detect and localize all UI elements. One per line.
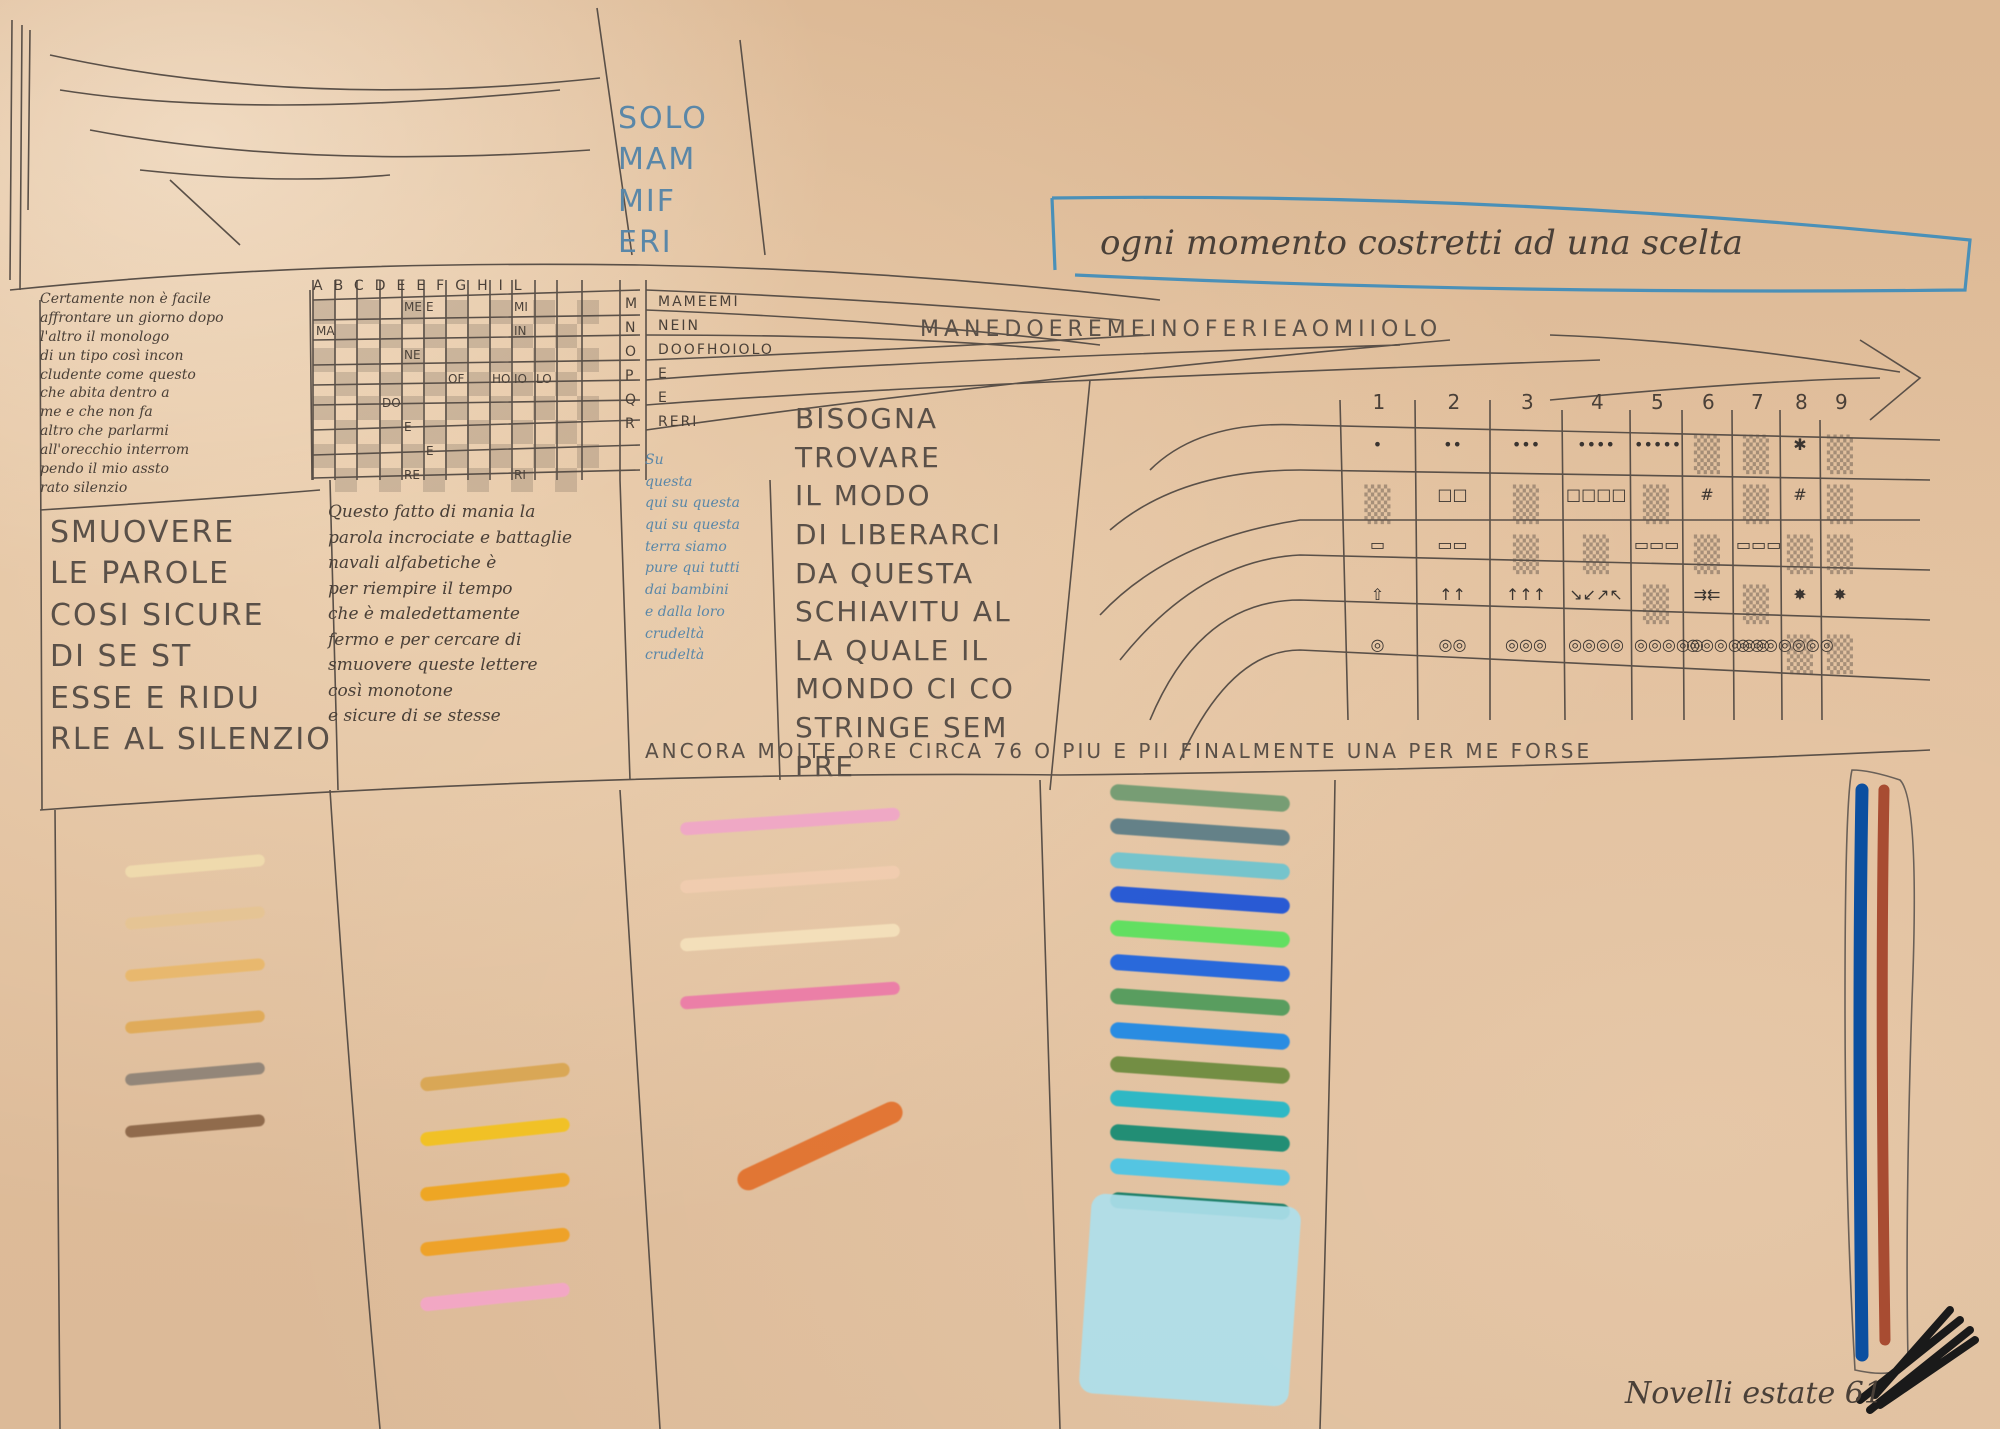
grid-shaded-cell [357, 444, 379, 468]
symbol-cell-squares: ▒ [1736, 485, 1776, 525]
grid-row-letter: Q [625, 392, 636, 408]
grid-shaded-cell [401, 396, 423, 420]
grid-shaded-cell [533, 444, 555, 468]
grid-row-word: E [658, 390, 669, 406]
grid-shaded-cell [511, 468, 533, 492]
grid-shaded-cell [445, 444, 467, 468]
symbol-cell-ovals: ◎◎◎ [1494, 635, 1558, 654]
smuovere-text: SMUOVERE LE PAROLE COSI SICURE DI SE ST … [50, 512, 332, 760]
symbol-cell-squares: ▒ [1494, 485, 1558, 525]
symbol-column-header: 5 [1651, 390, 1664, 414]
symbol-cell-ovals: ◎◎◎◎ [1566, 635, 1626, 654]
grid-shaded-cell [335, 420, 357, 444]
symbol-column-header: 4 [1591, 390, 1604, 414]
grid-shaded-cell [357, 348, 379, 372]
grid-row-word: NEIN [658, 318, 700, 334]
grid-shaded-cell [357, 396, 379, 420]
grid-shaded-cell [533, 300, 555, 324]
symbol-column-header: 1 [1373, 390, 1386, 414]
symbol-cell-bars: ▒ [1824, 535, 1856, 575]
symbol-cell-bars: ▒ [1686, 535, 1728, 575]
grid-row-letter: O [625, 344, 636, 360]
symbol-cell-dots: •• [1419, 435, 1486, 454]
symbol-column-header: 9 [1835, 390, 1848, 414]
grid-shaded-cell [577, 444, 599, 468]
boxed-phrase-text: ogni momento costretti ad una scelta [1100, 222, 1743, 265]
symbol-cell-ovals: ◎◎◎◎◎◎ [1686, 635, 1728, 654]
symbol-cell-arrows: ⇉⇇ [1686, 585, 1728, 604]
letter-grid: ABCDEEFGHIL MMAMEEMINNEINODOOFHOIOLOPEQE… [313, 278, 653, 478]
grid-shaded-cell [489, 348, 511, 372]
grid-shaded-cell [313, 396, 335, 420]
grid-shaded-cell [401, 348, 423, 372]
grid-cell-mark: E [404, 420, 412, 434]
signature: Novelli estate 61 [1625, 1375, 1883, 1413]
symbol-cell-arrows: ↑↑↑ [1494, 585, 1558, 604]
grid-shaded-cell [445, 300, 467, 324]
symbol-cell-bars: ▒ [1566, 535, 1626, 575]
grid-shaded-cell [555, 372, 577, 396]
grid-shaded-cell [335, 372, 357, 396]
grid-shaded-cell [423, 420, 445, 444]
grid-shaded-cell [511, 420, 533, 444]
grid-shaded-cell [467, 372, 489, 396]
grid-shaded-cell [511, 372, 533, 396]
bisogna-text: BISOGNA TROVARE IL MODO DI LIBERARCI DA … [795, 400, 1015, 786]
symbol-cell-ovals: ◎◎ [1419, 635, 1486, 654]
grid-shaded-cell [445, 348, 467, 372]
bottom-line-text: ANCORA MOLTE ORE CIRCA 76 O PIU E PII FI… [645, 738, 1592, 766]
symbol-cell-squares: □□ [1419, 485, 1486, 504]
grid-shaded-cell [533, 396, 555, 420]
symbol-cell-bars: ▭▭▭ [1634, 535, 1678, 554]
symbol-cell-squares: ▒ [1344, 485, 1411, 525]
grid-cell-mark: RE [404, 468, 420, 482]
symbol-cell-ovals: ◎ [1344, 635, 1411, 654]
grid-row-word: RERI [658, 414, 698, 430]
grid-shaded-cell [401, 300, 423, 324]
grid-shaded-cell [511, 324, 533, 348]
symbol-cell-ovals: ◎◎◎◎◎◎◎ [1736, 635, 1776, 654]
grid-shaded-cell [555, 420, 577, 444]
grid-shaded-cell [379, 468, 401, 492]
symbol-cell-dots: ••• [1494, 435, 1558, 454]
symbol-cell-arrows: ↑↑ [1419, 585, 1486, 604]
grid-cell-mark: DO [382, 396, 401, 410]
grid-shaded-cell [577, 396, 599, 420]
grid-shaded-cell [335, 324, 357, 348]
grid-cell-mark: E [426, 300, 434, 314]
symbol-cell-arrows: ✸ [1784, 585, 1816, 604]
grid-shaded-cell [379, 324, 401, 348]
grid-shaded-cell [489, 396, 511, 420]
pastel-stroke [1078, 1193, 1301, 1407]
grid-row-word: DOOFHOIOLO [658, 342, 774, 358]
grid-cell-mark: MI [514, 300, 528, 314]
grid-shaded-cell [555, 324, 577, 348]
symbol-cell-bars: ▒ [1784, 535, 1816, 575]
grid-shaded-cell [423, 468, 445, 492]
grid-cell-mark: MA [316, 324, 335, 338]
symbol-cell-squares: ▒ [1824, 485, 1856, 525]
grid-row-letter: R [625, 416, 635, 432]
symbol-cell-squares: # [1686, 485, 1728, 504]
symbol-cell-dots: ••••• [1634, 435, 1678, 454]
symbol-cell-arrows: ✸ [1824, 585, 1856, 604]
grid-shaded-cell [555, 468, 577, 492]
symbol-cell-bars: ▭▭ [1419, 535, 1486, 554]
grid-cell-mark: E [426, 444, 434, 458]
solo-mammiferi-text: SOLO MAM MIF ERI [618, 98, 708, 264]
grid-shaded-cell [467, 420, 489, 444]
grid-shaded-cell [401, 444, 423, 468]
grid-shaded-cell [357, 300, 379, 324]
questo-fatto-text: Questo fatto di mania la parola incrocia… [328, 500, 628, 730]
grid-row-letter: M [625, 296, 637, 312]
grid-shaded-cell [379, 420, 401, 444]
symbol-cell-arrows: ⇧ [1344, 585, 1411, 604]
grid-shaded-cell [467, 324, 489, 348]
grid-shaded-cell [489, 300, 511, 324]
symbol-cell-arrows: ↘↙↗↖ [1566, 585, 1626, 604]
grid-shaded-cell [577, 348, 599, 372]
grid-shaded-cell [467, 468, 489, 492]
symbol-column-header: 3 [1521, 390, 1534, 414]
symbol-cell-dots: ▒ [1736, 435, 1776, 475]
long-line-text: MANEDOEREMEINOFERIEAOMIIOLO [920, 315, 1442, 345]
symbol-cell-ovals: ▒ [1784, 635, 1816, 675]
grid-shaded-cell [313, 348, 335, 372]
grid-shaded-cell [489, 444, 511, 468]
grid-cell-mark: OF [448, 372, 464, 386]
left-cursive-text: Certamente non è facile affrontare un gi… [40, 290, 310, 498]
grid-shaded-cell [533, 348, 555, 372]
grid-shaded-cell [313, 300, 335, 324]
grid-row-letter: P [625, 368, 633, 384]
grid-cell-mark: HO [492, 372, 510, 386]
symbol-cell-squares: ▒ [1634, 485, 1678, 525]
symbol-cell-dots: ▒ [1686, 435, 1728, 475]
symbol-cell-arrows: ▒ [1736, 585, 1776, 625]
blue-cursive-text: Su questa qui su questa qui su questa te… [645, 450, 765, 667]
symbol-cell-bars: ▭▭▭ [1736, 535, 1776, 554]
grid-row-word: E [658, 366, 669, 382]
grid-cell-mark: LO [536, 372, 552, 386]
grid-shaded-cell [313, 444, 335, 468]
symbol-cell-squares: □□□□ [1566, 485, 1626, 504]
symbol-cell-dots: •••• [1566, 435, 1626, 454]
grid-row-word: MAMEEMI [658, 294, 740, 310]
symbol-cell-bars: ▒ [1494, 535, 1558, 575]
symbol-cell-dots: ▒ [1824, 435, 1856, 475]
grid-shaded-cell [423, 372, 445, 396]
symbol-grid: 123456789•••••••••••••••▒▒✱▒▒□□▒□□□□▒#▒#… [1340, 390, 1820, 710]
grid-shaded-cell [423, 324, 445, 348]
symbol-cell-ovals: ◎◎◎◎◎ [1634, 635, 1678, 654]
symbol-cell-arrows: ▒ [1634, 585, 1678, 625]
symbol-cell-ovals: ▒ [1824, 635, 1856, 675]
grid-shaded-cell [379, 372, 401, 396]
grid-shaded-cell [445, 396, 467, 420]
symbol-column-header: 8 [1795, 390, 1808, 414]
symbol-cell-bars: ▭ [1344, 535, 1411, 554]
symbol-cell-dots: ✱ [1784, 435, 1816, 454]
symbol-column-header: 7 [1751, 390, 1764, 414]
symbol-cell-dots: • [1344, 435, 1411, 454]
grid-shaded-cell [577, 300, 599, 324]
symbol-cell-squares: # [1784, 485, 1816, 504]
symbol-column-header: 6 [1702, 390, 1715, 414]
grid-shaded-cell [335, 468, 357, 492]
symbol-column-header: 2 [1448, 390, 1461, 414]
grid-column-headers: ABCDEEFGHIL [313, 278, 533, 294]
grid-row-letter: N [625, 320, 635, 336]
